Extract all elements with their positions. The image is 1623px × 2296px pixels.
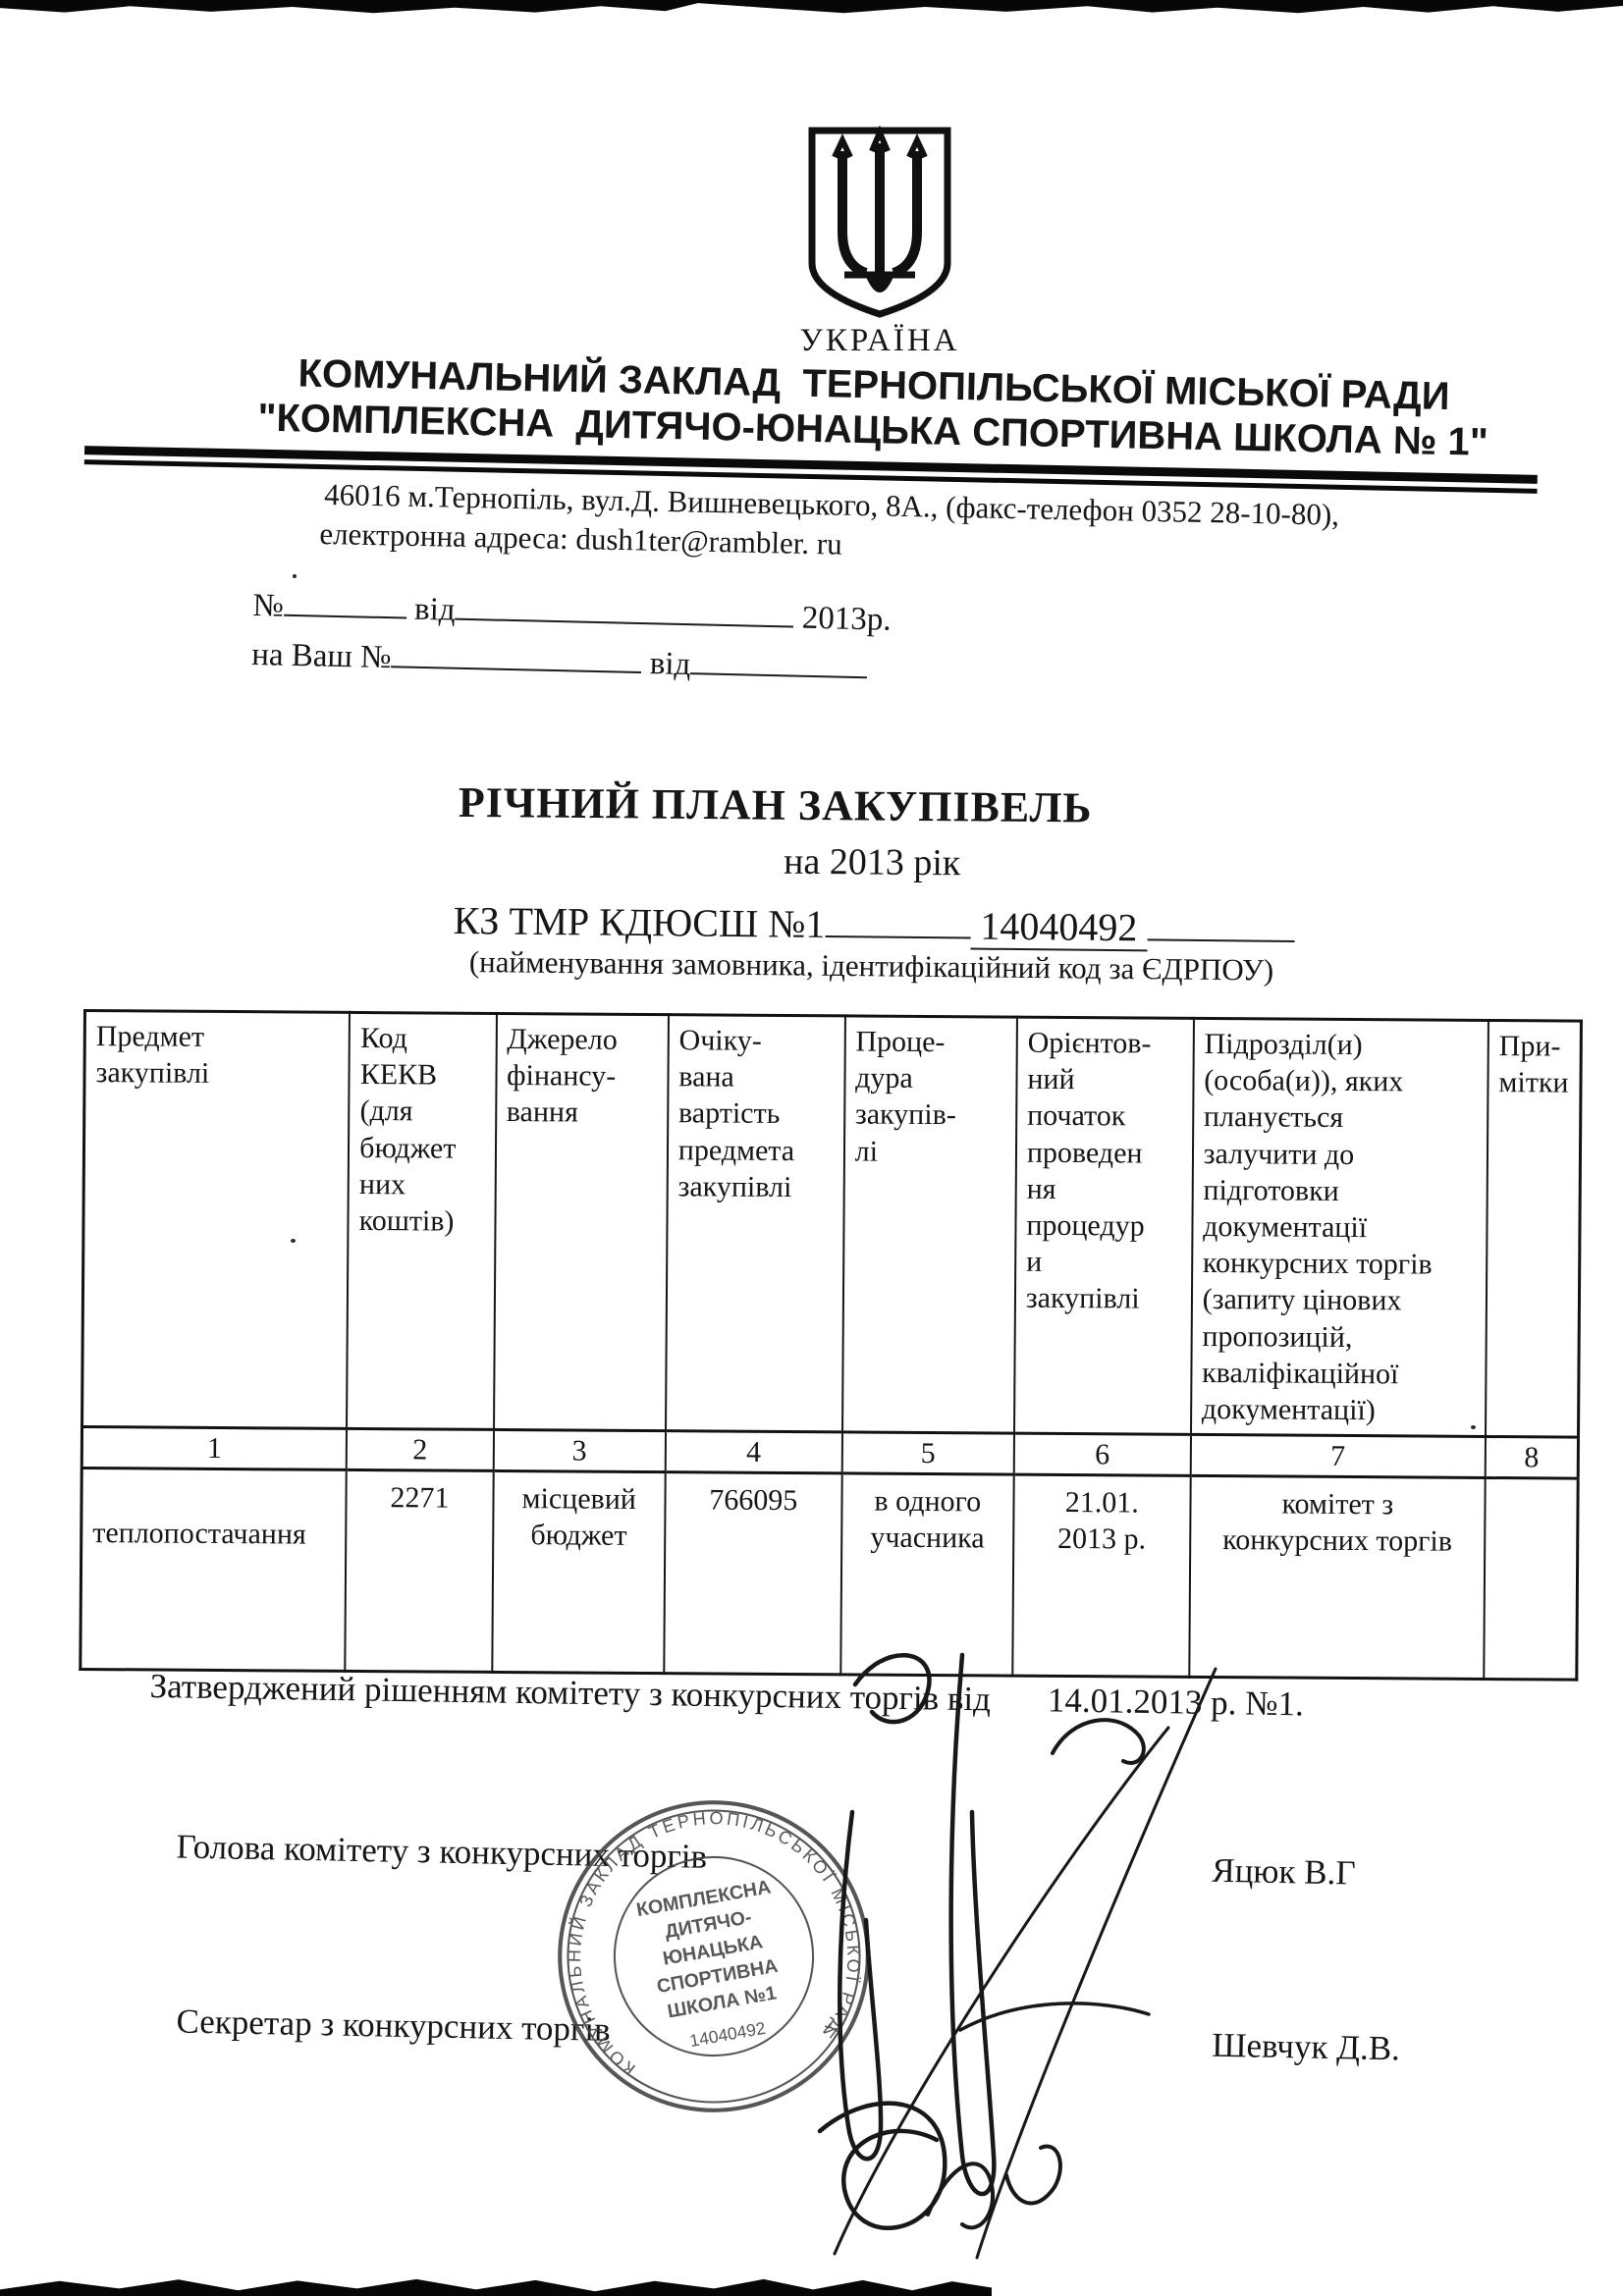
scan-artifact-top: [0, 0, 1623, 14]
header-cell-procedure: Проце- дура закупів- лі: [842, 1016, 1017, 1433]
col-number: 6: [1014, 1433, 1191, 1475]
blank-line: [455, 589, 794, 628]
header-cell-notes: При- мітки: [1486, 1020, 1582, 1437]
blank-line: [1147, 909, 1294, 942]
ukraine-emblem: УКРАЇНА: [797, 126, 962, 359]
header-cell-kekv: Код КЕКВ (для бюджет них коштів): [347, 1012, 496, 1429]
secretary-role-label: Секретар з конкурсних торгів: [176, 2002, 611, 2049]
customer-line: КЗ ТМР КДЮСШ №114040492: [454, 897, 1295, 952]
header-cell-cost: Очіку- вана вартість предмета закупівлі: [666, 1015, 845, 1432]
blank-line: [690, 643, 868, 678]
your-number-label: на Ваш №: [251, 637, 392, 675]
col-number: 7: [1190, 1434, 1486, 1477]
year-label: 2013р.: [801, 601, 892, 638]
scan-artifact-bottom: [0, 2277, 992, 2296]
from-label: від: [414, 592, 456, 628]
number-label: №: [252, 588, 284, 624]
data-cell-subject: теплопостачання: [81, 1468, 347, 1672]
handwritten-signatures: [727, 1626, 1257, 2273]
trident-icon: [805, 126, 954, 320]
col-number: 2: [347, 1428, 494, 1470]
col-number: 4: [666, 1431, 842, 1473]
customer-name: КЗ ТМР КДЮСШ №1: [454, 898, 826, 946]
scanned-document-page: { "letterhead": { "country": "УКРАЇНА", …: [0, 0, 1623, 2296]
data-cell-notes: [1484, 1478, 1578, 1681]
col-number: 1: [81, 1427, 347, 1470]
blank-line: [391, 636, 642, 673]
title-block: РІЧНИЙ ПЛАН ЗАКУПІВЕЛЬ на 2013 рік: [0, 774, 1623, 890]
header-cell-subject: Предмет закупівлі: [82, 1011, 351, 1429]
scan-speck: [293, 574, 297, 578]
header-cell-start: Орієнтов- ний початок проведен ня процед…: [1014, 1017, 1194, 1434]
from-label2: від: [649, 646, 690, 682]
header-cell-unit: Підрозділ(и) (особа(и)), яких планується…: [1191, 1018, 1488, 1436]
col-number: 8: [1486, 1437, 1579, 1479]
table-header-row: Предмет закупівлі Код КЕКВ (для бюджет н…: [82, 1011, 1582, 1438]
col-number: 5: [841, 1432, 1014, 1474]
document-subtitle: на 2013 рік: [61, 833, 1623, 890]
blank-line: [825, 906, 970, 939]
header-cell-funding: Джерело фінансу- вання: [494, 1013, 669, 1430]
country-label: УКРАЇНА: [797, 323, 962, 359]
customer-note: (найменування замовника, ідентифікаційни…: [469, 944, 1274, 988]
procurement-table: Предмет закупівлі Код КЕКВ (для бюджет н…: [79, 1009, 1583, 1682]
edrpou-code: 14040492: [970, 904, 1147, 952]
blank-line: [284, 585, 407, 619]
document-title: РІЧНИЙ ПЛАН ЗАКУПІВЕЛЬ: [0, 773, 1587, 836]
letterhead: КОМУНАЛЬНИЙ ЗАКЛАД ТЕРНОПІЛЬСЬКОЇ МІСЬКО…: [0, 345, 1623, 577]
data-cell-funding: місцевий бюджет: [492, 1471, 666, 1674]
procurement-table-wrap: Предмет закупівлі Код КЕКВ (для бюджет н…: [79, 1009, 1583, 1682]
col-number: 3: [493, 1429, 666, 1471]
reference-block: № від 2013р. на Ваш № від: [251, 581, 892, 694]
data-cell-kekv: 2271: [346, 1470, 494, 1673]
